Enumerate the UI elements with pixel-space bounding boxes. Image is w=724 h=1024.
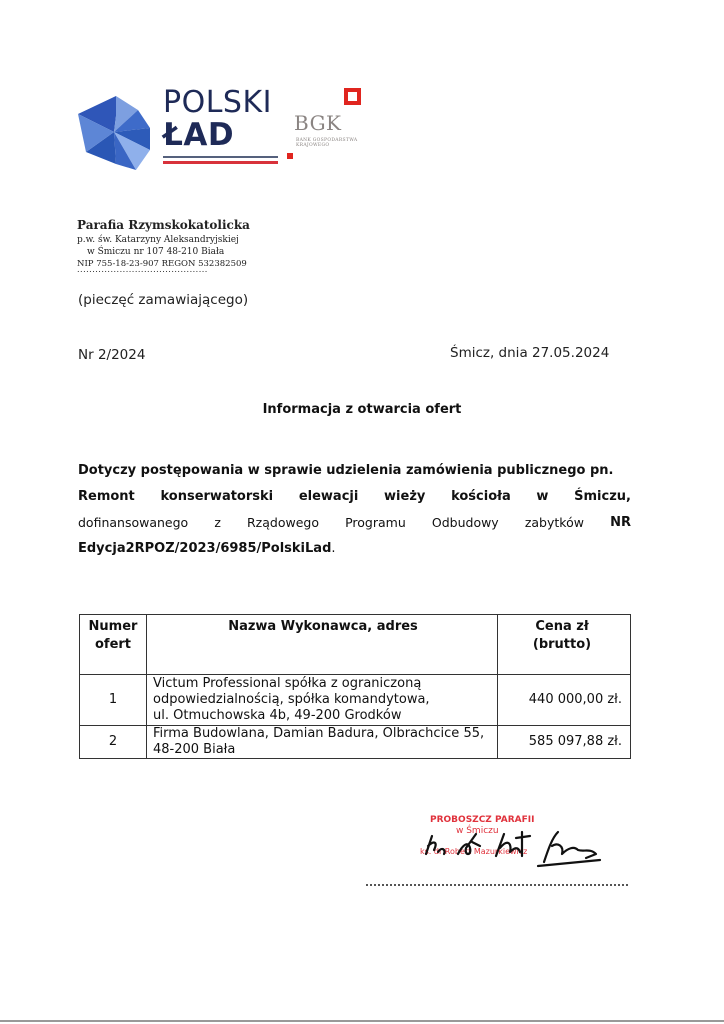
place-and-date: Śmicz, dnia 27.05.2024 [450,345,609,361]
table-row: 1Victum Professional spółka z ograniczon… [80,675,631,726]
subject-word: Odbudowy [432,510,499,536]
offer-number: 2 [80,726,147,759]
handwritten-signature-icon [418,828,608,868]
header-price: Cena zł(brutto) [498,615,631,675]
polski-lad-line1: POLSKI [163,88,272,118]
subject-word: w [536,484,548,510]
stamp-address: w Śmiczu nr 107 48-210 Biała [77,247,250,257]
offer-number: 1 [80,675,147,726]
stamp-caption: (pieczęć zamawiającego) [78,292,248,308]
table-row: 2Firma Budowlana, Damian Badura, Olbrach… [80,726,631,759]
bgk-subtitle-line2: KRAJOWEGO [296,143,357,148]
subject-word: dofinansowanego [78,510,188,536]
subject-word: Remont [78,484,135,510]
polski-lad-line2: ŁAD [163,120,272,151]
stamp-patron: p.w. św. Katarzyny Aleksandryjskiej [77,235,250,245]
polski-lad-wordmark: POLSKI ŁAD [163,88,272,151]
bgk-square-icon [344,88,361,105]
program-number: Edycja2RPOZ/2023/6985/PolskiLad [78,536,331,562]
subject-word-nr: NR [610,510,631,536]
subject-end: . [331,536,335,562]
document-title: Informacja z otwarcia ofert [0,402,724,417]
document-number: Nr 2/2024 [78,347,145,363]
header-offer-number: Numerofert [80,615,147,675]
subject-word: Śmiczu, [574,484,631,510]
bgk-logo-text: BGK [294,111,342,135]
offers-table: Numerofert Nazwa Wykonawca, adres Cena z… [79,614,631,759]
contractor-name-address: Firma Budowlana, Damian Badura, Olbrachc… [147,726,498,759]
header-contractor: Nazwa Wykonawca, adres [147,615,498,675]
offer-price: 585 097,88 zł. [498,726,631,759]
subject-word: konserwatorski [160,484,273,510]
subject-line-2: Remontkonserwatorskielewacjiwieżykościoł… [78,484,631,510]
subject-word: elewacji [299,484,359,510]
underline-red [163,161,278,164]
bgk-subtitle: BANK GOSPODARSTWA KRAJOWEGO [296,138,357,149]
signature-dotted-line [366,884,628,886]
bgk-dot-icon [287,153,293,159]
subject-word: Programu [345,510,406,536]
page-bottom-edge [0,1020,724,1022]
subject-word: z [214,510,221,536]
subject-line-1: Dotyczy postępowania w sprawie udzieleni… [78,458,631,484]
polski-lad-underline [163,156,278,164]
subject-word: wieży [384,484,425,510]
subject-word: zabytków [525,510,584,536]
orderer-stamp: Parafia Rzymskokatolicka p.w. św. Katarz… [77,218,250,274]
offer-price: 440 000,00 zł. [498,675,631,726]
stamp-parish-name: Parafia Rzymskokatolicka [77,218,250,232]
contractor-name-address: Victum Professional spółka z ograniczoną… [147,675,498,726]
subject-word: Rządowego [247,510,319,536]
subject-line-4: Edycja2RPOZ/2023/6985/PolskiLad. [78,536,631,562]
subject-word: kościoła [451,484,511,510]
signature-stamp-title: PROBOSZCZ PARAFII [420,815,534,826]
underline-gray [163,156,278,158]
polski-lad-map-logo-icon [76,94,154,172]
table-header-row: Numerofert Nazwa Wykonawca, adres Cena z… [80,615,631,675]
subject-line-3: dofinansowanegozRządowegoProgramuOdbudow… [78,510,631,536]
subject-paragraph: Dotyczy postępowania w sprawie udzieleni… [78,458,631,562]
